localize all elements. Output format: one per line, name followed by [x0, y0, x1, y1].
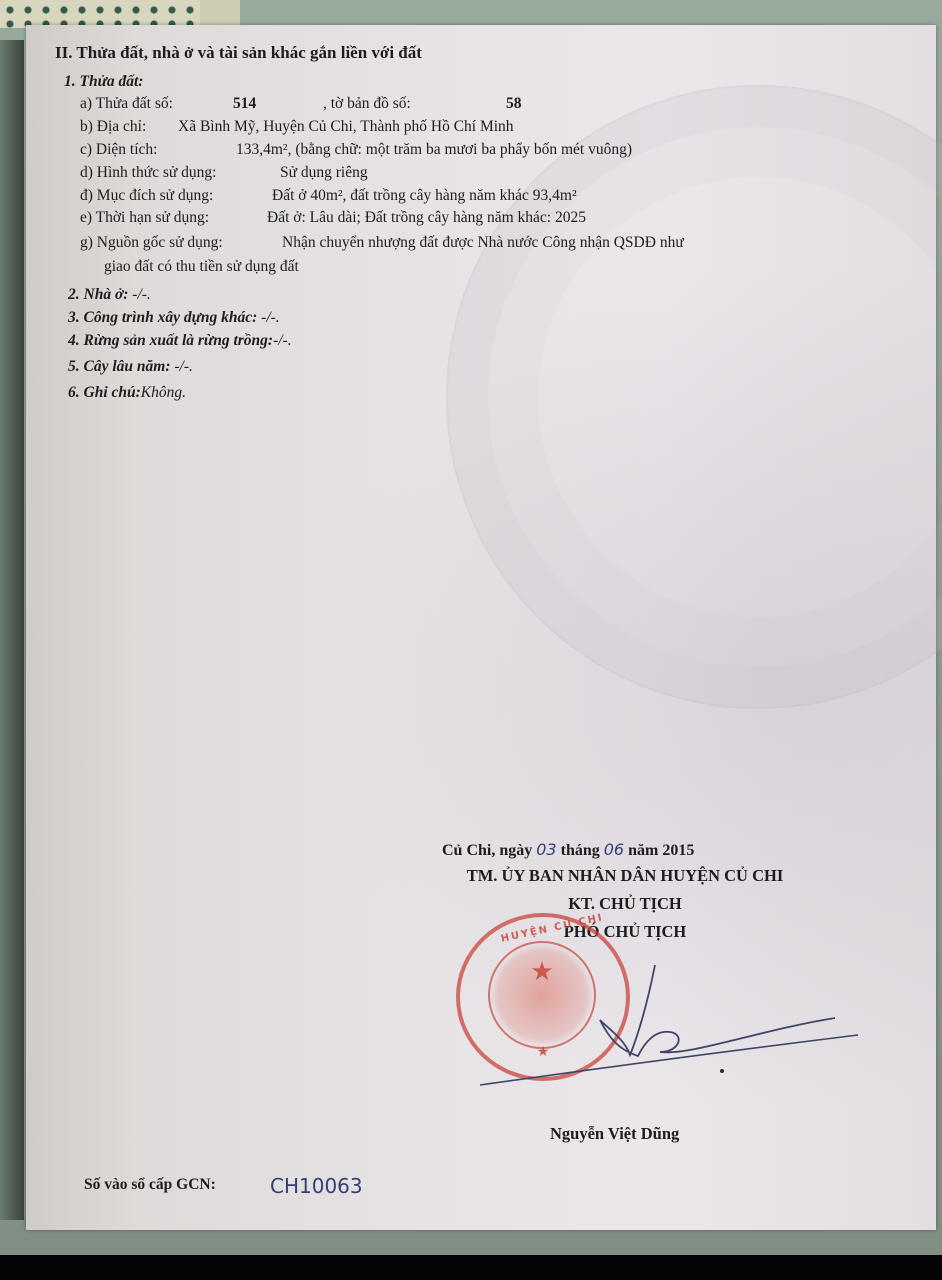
item-other-construction: 3. Công trình xây dựng khác: -/-.: [68, 309, 280, 327]
item-house: 2. Nhà ở: -/-.: [68, 286, 151, 304]
item-house-label: 2. Nhà ở:: [68, 286, 128, 303]
background-fabric-edge: [200, 0, 240, 28]
item-perennial-trees: 5. Cây lâu năm: -/-.: [68, 358, 193, 376]
term-label: e) Thời hạn sử dụng:: [80, 209, 209, 227]
item-house-value: -/-.: [128, 286, 150, 303]
usage-form-value: Sử dụng riêng: [280, 164, 368, 182]
section-title: II. Thửa đất, nhà ở và tài sản khác gắn …: [55, 43, 422, 63]
item-planted-forest-label: 4. Rừng sản xuất là rừng trồng:: [68, 332, 273, 349]
item-notes: 6. Ghi chú:Không.: [68, 384, 186, 402]
area-label: c) Diện tích:: [80, 141, 157, 159]
item-planted-forest: 4. Rừng sản xuất là rừng trồng:-/-.: [68, 332, 292, 350]
seal-text: HUYỆN CỦ CHI: [500, 912, 605, 945]
area-value: 133,4m², (bằng chữ: một trăm ba mươi ba …: [236, 141, 632, 159]
handwritten-signature: [460, 960, 860, 1100]
item-perennial-trees-value: -/-.: [170, 358, 192, 375]
signer-title-1: KT. CHỦ TỊCH: [415, 894, 835, 914]
background-edge: [0, 40, 24, 1220]
item-perennial-trees-label: 5. Cây lâu năm:: [68, 358, 170, 375]
year-label: năm 2015: [628, 842, 694, 859]
item-other-construction-label: 3. Công trình xây dựng khác:: [68, 309, 257, 326]
signer-title-2: PHÓ CHỦ TỊCH: [415, 922, 835, 942]
usage-form-label: d) Hình thức sử dụng:: [80, 164, 217, 182]
date-month: 06: [604, 840, 624, 859]
place-date-prefix: Củ Chi, ngày: [442, 842, 532, 859]
registry-label: Số vào sổ cấp GCN:: [84, 1176, 216, 1194]
origin-label: g) Nguồn gốc sử dụng:: [80, 234, 223, 252]
address-label: b) Địa chỉ:: [80, 118, 146, 136]
item-notes-label: 6. Ghi chú:: [68, 384, 141, 401]
parcel-number: 514: [233, 95, 256, 113]
map-sheet-number: 58: [506, 95, 522, 113]
origin-value-line1: Nhận chuyển nhượng đất được Nhà nước Côn…: [282, 234, 684, 252]
land-heading: 1. Thửa đất:: [64, 73, 143, 91]
term-value: Đất ở: Lâu dài; Đất trồng cây hàng năm k…: [267, 209, 586, 227]
month-label: tháng: [561, 842, 600, 859]
purpose-label: đ) Mục đích sử dụng:: [80, 187, 213, 205]
parcel-label: a) Thửa đất số:: [80, 95, 173, 113]
issuing-authority: TM. ỦY BAN NHÂN DÂN HUYỆN CỦ CHI: [415, 866, 835, 886]
item-notes-value: Không.: [141, 384, 186, 401]
registry-number: CH10063: [270, 1174, 363, 1198]
address-value: Xã Bình Mỹ, Huyện Củ Chi, Thành phố Hồ C…: [178, 118, 514, 136]
place-date-line: Củ Chi, ngày 03 tháng 06 năm 2015: [442, 840, 694, 860]
background-fabric: [0, 0, 200, 28]
item-planted-forest-value: -/-.: [273, 332, 292, 349]
date-day: 03: [536, 840, 556, 859]
purpose-value: Đất ở 40m², đất trồng cây hàng năm khác …: [272, 187, 577, 205]
emblem-watermark: [446, 85, 942, 709]
origin-value-line2: giao đất có thu tiền sử dụng đất: [104, 258, 299, 276]
signer-name: Nguyễn Việt Dũng: [550, 1124, 679, 1144]
item-other-construction-value: -/-.: [257, 309, 279, 326]
map-sheet-label: , tờ bản đồ số:: [323, 95, 411, 113]
